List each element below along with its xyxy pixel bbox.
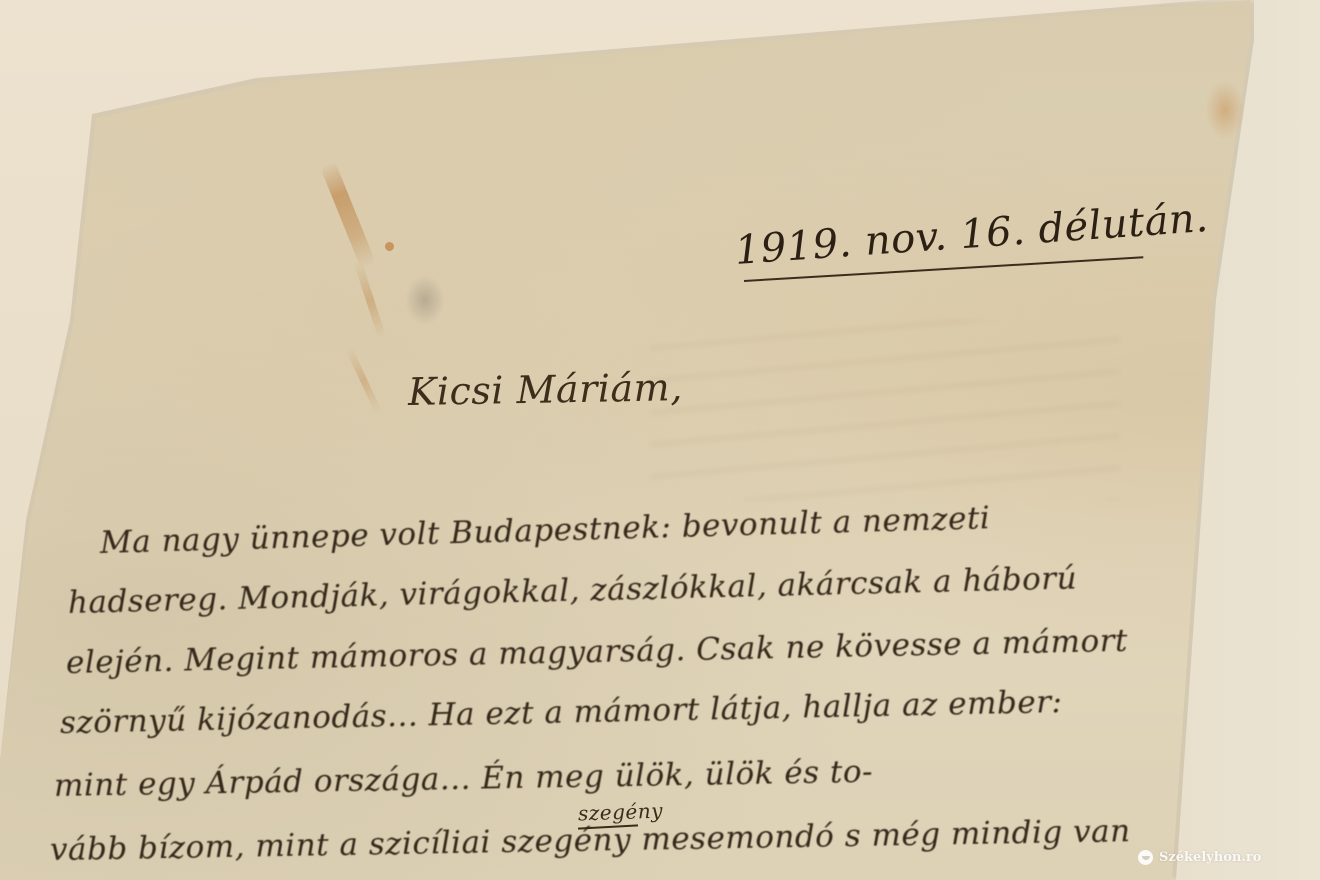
watermark-text: Székelyhon.ro [1159,850,1261,865]
watermark: Székelyhon.ro [1138,850,1261,865]
letter-salutation: Kicsi Máriám, [408,365,683,414]
show-through-ink [650,320,1120,500]
szekelyhon-logo-icon [1138,850,1153,865]
